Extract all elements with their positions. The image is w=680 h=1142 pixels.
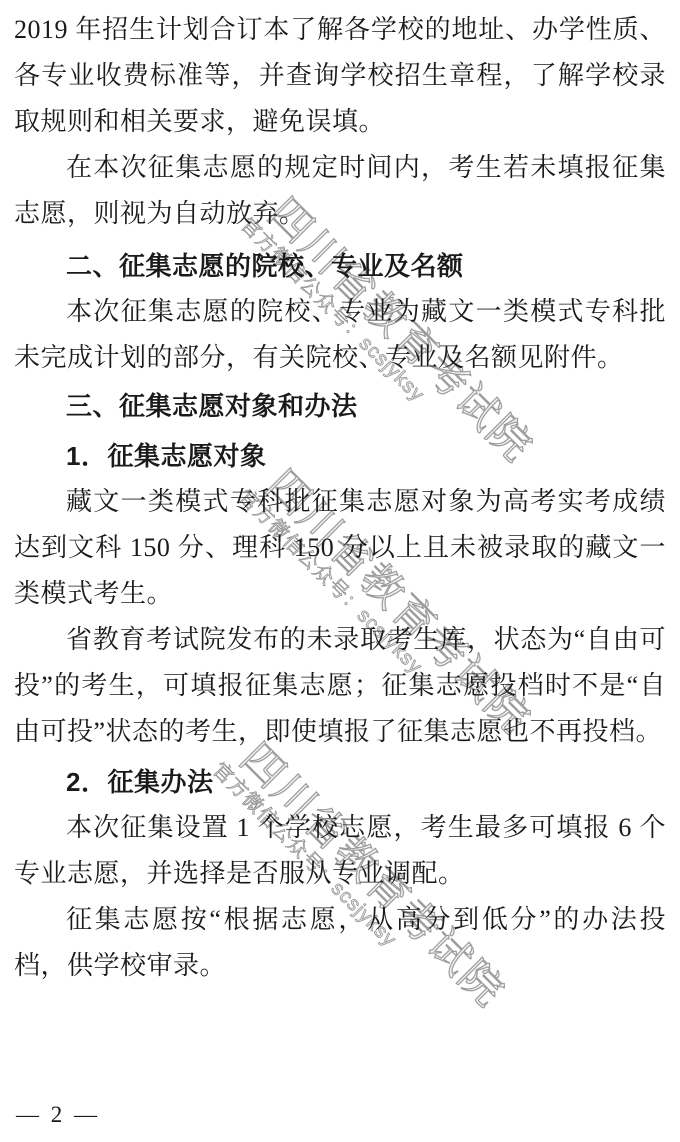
body-paragraph-continued: 2019 年招生计划合订本了解各学校的地址、办学性质、各专业收费标准等，并查询学…	[14, 7, 666, 145]
document-body: 2019 年招生计划合订本了解各学校的地址、办学性质、各专业收费标准等，并查询学…	[14, 7, 666, 989]
body-paragraph: 征集志愿按“根据志愿，从高分到低分”的办法投档，供学校审录。	[14, 897, 666, 989]
page-number: — 2 —	[16, 1100, 100, 1130]
body-paragraph: 省教育考试院发布的未录取考生库，状态为“自由可投”的考生，可填报征集志愿；征集志…	[14, 617, 666, 755]
section-heading-2: 二、征集志愿的院校、专业及名额	[14, 243, 666, 289]
body-paragraph: 藏文一类模式专科批征集志愿对象为高考实考成绩达到文科 150 分、理科 150 …	[14, 479, 666, 617]
body-paragraph: 在本次征集志愿的规定时间内，考生若未填报征集志愿，则视为自动放弃。	[14, 145, 666, 237]
document-page: 四川省教育考试院 官方微信公众号：scsjyksy 四川省教育考试院 官方微信公…	[0, 0, 680, 1142]
section-heading-3: 三、征集志愿对象和办法	[14, 383, 666, 429]
subsection-heading-2: 2．征集办法	[14, 759, 666, 805]
subsection-heading-1: 1．征集志愿对象	[14, 433, 666, 479]
body-paragraph: 本次征集志愿的院校、专业为藏文一类模式专科批未完成计划的部分，有关院校、专业及名…	[14, 289, 666, 381]
body-paragraph: 本次征集设置 1 个学校志愿，考生最多可填报 6 个专业志愿，并选择是否服从专业…	[14, 805, 666, 897]
